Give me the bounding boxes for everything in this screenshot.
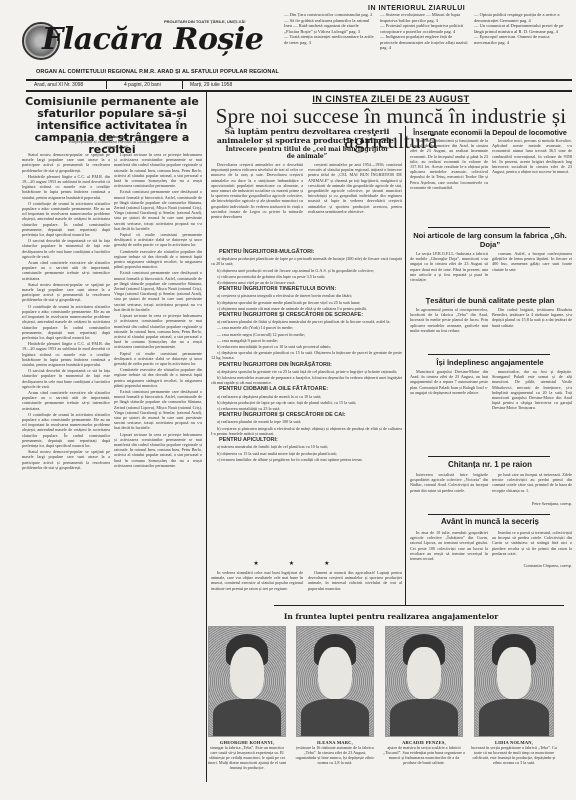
divider bbox=[106, 80, 107, 89]
inside-item[interactable]: — Toată atenția asistenței medicosanitar… bbox=[284, 34, 374, 45]
depot-col-1: Muncitorii, tehnicienii și funcționarii … bbox=[410, 138, 488, 224]
fabric-col-1: In agrosemnul pentru al cincisprezecelea… bbox=[410, 307, 488, 351]
leaders-headline: In fruntea luptei pentru realizarea anga… bbox=[210, 612, 572, 621]
inside-item[interactable]: — Indignarea populației engleze față de … bbox=[380, 34, 468, 51]
portrait-photo bbox=[208, 626, 286, 737]
divider bbox=[26, 90, 572, 92]
receipt-col-2: pe lună care au început să treierează. Z… bbox=[492, 472, 572, 500]
harvest-signature: Constantin Chiparea, coresp. bbox=[492, 563, 572, 568]
divider bbox=[428, 354, 550, 355]
leader-caption: LIDIA NOLMAN, lucrează în secția pregăti… bbox=[471, 740, 557, 765]
fabric-col-2: Din cadrul brigăzii, țesătoarea Elisabet… bbox=[492, 307, 572, 351]
livestock-intro-1: Dezvoltarea creșterii animalelor are o d… bbox=[211, 162, 303, 246]
inside-item[interactable]: — Să fie grăbită realizarea planurilor l… bbox=[284, 18, 374, 35]
fabric-headline: Țesături de bună calitate peste plan bbox=[408, 296, 572, 305]
divider bbox=[26, 79, 572, 81]
issue-date: Marți, 29 iulie 1958 bbox=[190, 82, 232, 88]
livestock-subhead: Întrecere pentru titlul de „cel mai bun … bbox=[222, 146, 392, 160]
livestock-headline: Să luptăm pentru dezvoltarea creșterii a… bbox=[210, 127, 404, 145]
inside-col-2: — Sisteme revoluționare — Măsuri de lupt… bbox=[380, 12, 468, 51]
livestock-closing-2: Oameni ai muncii din agricultură! Luptaț… bbox=[308, 570, 402, 591]
divider bbox=[428, 456, 550, 457]
inside-item[interactable]: — Un comunicat al Departamentului presei… bbox=[474, 23, 564, 34]
section-title: PENTRU ÎNGRIJITORII ȘI CRESCĂTORII DE SC… bbox=[219, 313, 402, 318]
column-divider bbox=[405, 126, 406, 606]
depot-col-2: locotelor mici, precum și metoda Kovalio… bbox=[492, 138, 572, 224]
receipt-col-1: Intrecerea socialistă între brigăzile go… bbox=[410, 472, 488, 512]
divider bbox=[428, 227, 550, 228]
section-title: PENTRU CIOBANII LA OILE FĂTĂTOARE: bbox=[219, 387, 402, 392]
issue-number: Arad, anul XI Nr. 3098 bbox=[34, 82, 83, 88]
receipt-signature: Petre Szentjana, coresp. bbox=[526, 501, 572, 506]
livestock-closing-1: In vederea stimulării celor mai buni îng… bbox=[211, 570, 303, 591]
masthead-title: Flacăra Roșie bbox=[42, 22, 263, 57]
pages-price: 4 pagini, 20 bani bbox=[124, 82, 161, 88]
band-heading: IN CINSTEA ZILEI DE 23 AUGUST bbox=[210, 94, 572, 104]
inside-title: IN INTERIORUL ZIARULUI bbox=[368, 5, 465, 12]
commitments-col-1: Muncitorii garajului Dresina-Motor din A… bbox=[410, 369, 488, 453]
author-role: vicepreședinte al comitetului executiv a… bbox=[66, 139, 166, 149]
newspaper-page: PROLETARI DIN TOATE ȚĂRILE, UNIȚI-VĂ! Fl… bbox=[6, 0, 572, 800]
portrait-photo bbox=[474, 626, 554, 737]
livestock-intro-2: creșterii animalelor pe anii 1954—1956, … bbox=[308, 162, 402, 246]
inside-item[interactable]: — Sisteme revoluționare — Măsuri de lupt… bbox=[380, 12, 468, 23]
livestock-objectives: PENTRU ÎNGRIJITORII-MULGĂTORI: a) depăși… bbox=[211, 248, 402, 556]
column-divider bbox=[206, 92, 207, 782]
author-block: Ovidiu Pop, vicepreședinte al comitetulu… bbox=[66, 134, 166, 149]
inside-item[interactable]: — Episcopul american. Oameni de masca me… bbox=[474, 34, 564, 45]
leader-caption: GHEORGHE KOHANYI, strungar la fabrica „T… bbox=[206, 740, 288, 770]
portrait-photo bbox=[296, 626, 374, 737]
separator-stars: ★★★ bbox=[211, 560, 402, 567]
harvest-col-1: In ziua de 10 iulie, membrii gospodăriei… bbox=[410, 530, 488, 570]
depot-headline: Însemnate economii la Depoul de locomoti… bbox=[408, 128, 572, 137]
doja-col-2: consum. Astfel, a început confecționarea… bbox=[492, 251, 572, 293]
divider bbox=[428, 514, 550, 515]
commitments-col-2: muncitorilor, dar au fost și depășite. S… bbox=[492, 369, 572, 453]
section-title: PENTRU ÎNGRIJITORII ȘI CRESCĂTORII DE CA… bbox=[219, 413, 402, 418]
section-title: PENTRU ÎNGRIJITORII DIN ÎNGRĂȘĂTORII: bbox=[219, 363, 402, 368]
commitments-headline: Își îndeplinesc angajamentele bbox=[408, 358, 572, 367]
inside-the-paper: IN INTERIORUL ZIARULUI — Din Țara constr… bbox=[284, 2, 572, 70]
inside-col-3: — Opinia publică respinge poziția de a a… bbox=[474, 12, 564, 45]
leader-caption: ARCADIE PENZES, ajutor de maistru în sec… bbox=[382, 740, 466, 765]
receipt-headline: Chitanța nr. 1 pe raion bbox=[408, 460, 572, 469]
left-article-col-1: Statul nostru democrat-popular se spriji… bbox=[22, 152, 110, 778]
masthead: PROLETARI DIN TOATE ȚĂRILE, UNIȚI-VĂ! Fl… bbox=[6, 0, 286, 82]
leader-caption: ILEANA MARC, țesătoare la 16 războaie au… bbox=[293, 740, 377, 765]
inside-item[interactable]: — Opinia publică respinge poziția de a a… bbox=[474, 12, 564, 23]
inside-col-1: — Din Țara constructorilor comunismului … bbox=[284, 12, 374, 45]
left-article-col-2: Lipsuri serioase în ceea ce privește înd… bbox=[114, 152, 202, 778]
doja-headline: Noi articole de larg consum la fabrica „… bbox=[408, 231, 572, 249]
harvest-col-2: Imediat ce a pornit și treieratul, colec… bbox=[492, 530, 572, 562]
doja-col-1: La secția I.P.R.O.F.I.L.-Industria a fab… bbox=[410, 251, 488, 293]
masthead-organ: ORGAN AL COMITETULUI REGIONAL P.M.R. ARA… bbox=[36, 69, 279, 75]
section-title: PENTRU ÎNGRIJITORII TINERETULUI BOVIN: bbox=[219, 287, 402, 292]
section-title: PENTRU ÎNGRIJITORII-MULGĂTORI: bbox=[219, 250, 402, 255]
divider bbox=[274, 605, 564, 606]
inside-item[interactable]: — Protestul opiniei publice împotriva po… bbox=[380, 23, 468, 34]
harvest-headline: Avânt în muncă la seceriș bbox=[408, 517, 572, 526]
divider bbox=[182, 80, 183, 89]
section-title: PENTRU APICULTORI: bbox=[219, 438, 402, 443]
portrait-photo bbox=[385, 626, 463, 737]
